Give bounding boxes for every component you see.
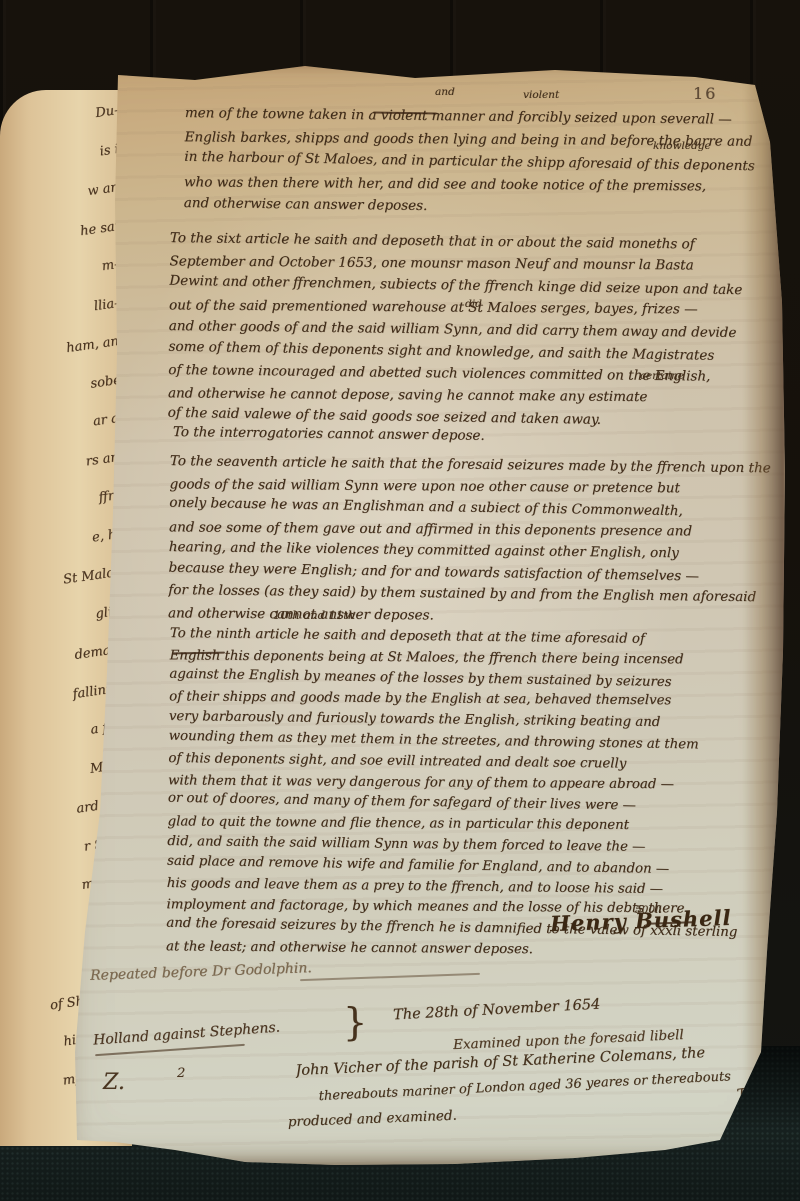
- deposition-paragraph-continuation: men of the towne taken in a violent mann…: [184, 102, 770, 222]
- interlineation: certaine: [640, 370, 684, 382]
- interlineation: did: [465, 298, 482, 310]
- repeated-before-note: Repeated before Dr Godolphin.: [90, 960, 312, 984]
- pen-flourish: [300, 973, 480, 981]
- registry-mark-z: Z.: [103, 1070, 125, 1095]
- manuscript-line: at the least; and otherwise he cannot an…: [166, 937, 776, 963]
- interlineation: and: [435, 86, 455, 98]
- manuscript-line: and soe some of them gave out and affirm…: [169, 517, 777, 543]
- page-number: 16: [693, 84, 717, 103]
- interlineation: violent: [523, 89, 559, 101]
- manuscript-page: 16 men of the towne taken in a violent m…: [55, 52, 790, 1167]
- registry-mark-2: 2: [177, 1066, 185, 1081]
- manuscript-line: To the interrogatories cannot answer dep…: [173, 421, 603, 448]
- deposition-paragraph-sixth-article: To the sixt article he saith and deposet…: [168, 227, 775, 432]
- next-witness-note: John Vicher of the parish of St Katherin…: [295, 1035, 800, 1136]
- case-title-note: Holland against Stephens.: [93, 1019, 281, 1048]
- manuscript-line: who was then there with her, and did see…: [184, 171, 769, 198]
- manuscript-photo: Du—is inw andhe saidm—llia—ham, andsober…: [0, 0, 800, 1201]
- case-bracket: }: [343, 1000, 367, 1044]
- deposition-paragraph-seventh-article: To the seaventh article he saith that th…: [168, 451, 778, 630]
- deposition-paragraph-interrogatories: To the interrogatories cannot answer dep…: [173, 421, 603, 448]
- interlineation: knowledge: [653, 140, 711, 152]
- examination-date-note: The 28th of November 1654: [393, 997, 601, 1024]
- interlineation-articles: 10th and 11th: [273, 608, 355, 622]
